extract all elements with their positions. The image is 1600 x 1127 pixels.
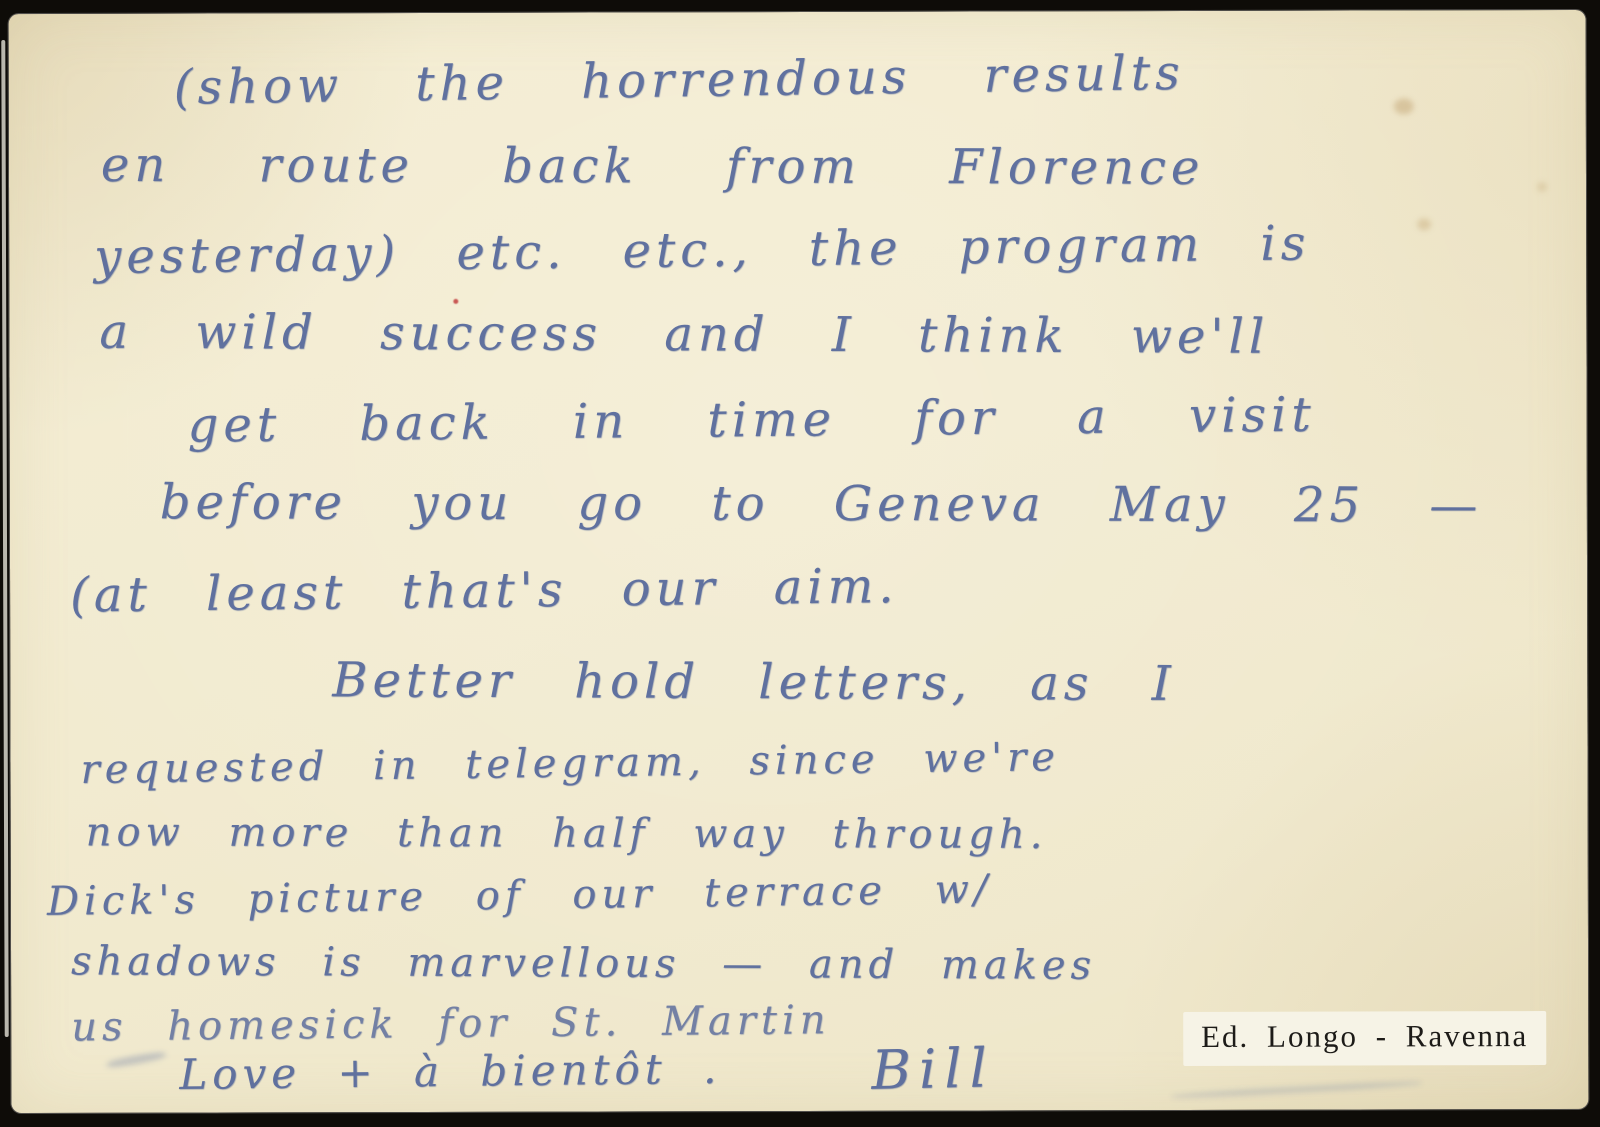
handwritten-line: Dick's picture of our terrace w/ (47, 867, 993, 925)
postcard: (show the horrendous results en route ba… (9, 10, 1589, 1113)
stain-spot (1394, 98, 1414, 114)
handwritten-line: before you go to Geneva May 25 — (160, 474, 1483, 533)
scanned-postcard-background: (show the horrendous results en route ba… (0, 0, 1600, 1127)
ink-smudge (106, 1051, 166, 1069)
scan-edge-highlight (1, 40, 8, 1037)
handwritten-line: now more than half way through. (86, 809, 1048, 858)
printed-credit-label: Ed. Longo - Ravenna (1183, 1011, 1546, 1066)
handwritten-line: en route back from Florence (101, 137, 1205, 196)
signature: Bill (871, 1036, 996, 1101)
handwritten-line: shadows is marvellous — and makes (71, 938, 1096, 988)
handwritten-line: Better hold letters, as I (332, 652, 1176, 712)
stain-spot (1417, 218, 1431, 230)
handwritten-line: requested in telegram, since we're (80, 734, 1060, 793)
stain-spot (1537, 182, 1547, 192)
handwritten-line: a wild success and I think we'll (99, 304, 1269, 365)
handwritten-line: yesterday) etc. etc., the program is (94, 215, 1311, 285)
handwritten-line: (at least that's our aim. (70, 558, 899, 623)
red-speck (453, 299, 458, 304)
handwritten-line: (show the horrendous results (173, 45, 1185, 116)
closing-line: Love + à bientôt . (179, 1044, 722, 1099)
handwritten-line: get back in time for a visit (187, 387, 1316, 454)
handwritten-line: us homesick for St. Martin (71, 997, 831, 1050)
ink-smudge (1171, 1080, 1421, 1100)
